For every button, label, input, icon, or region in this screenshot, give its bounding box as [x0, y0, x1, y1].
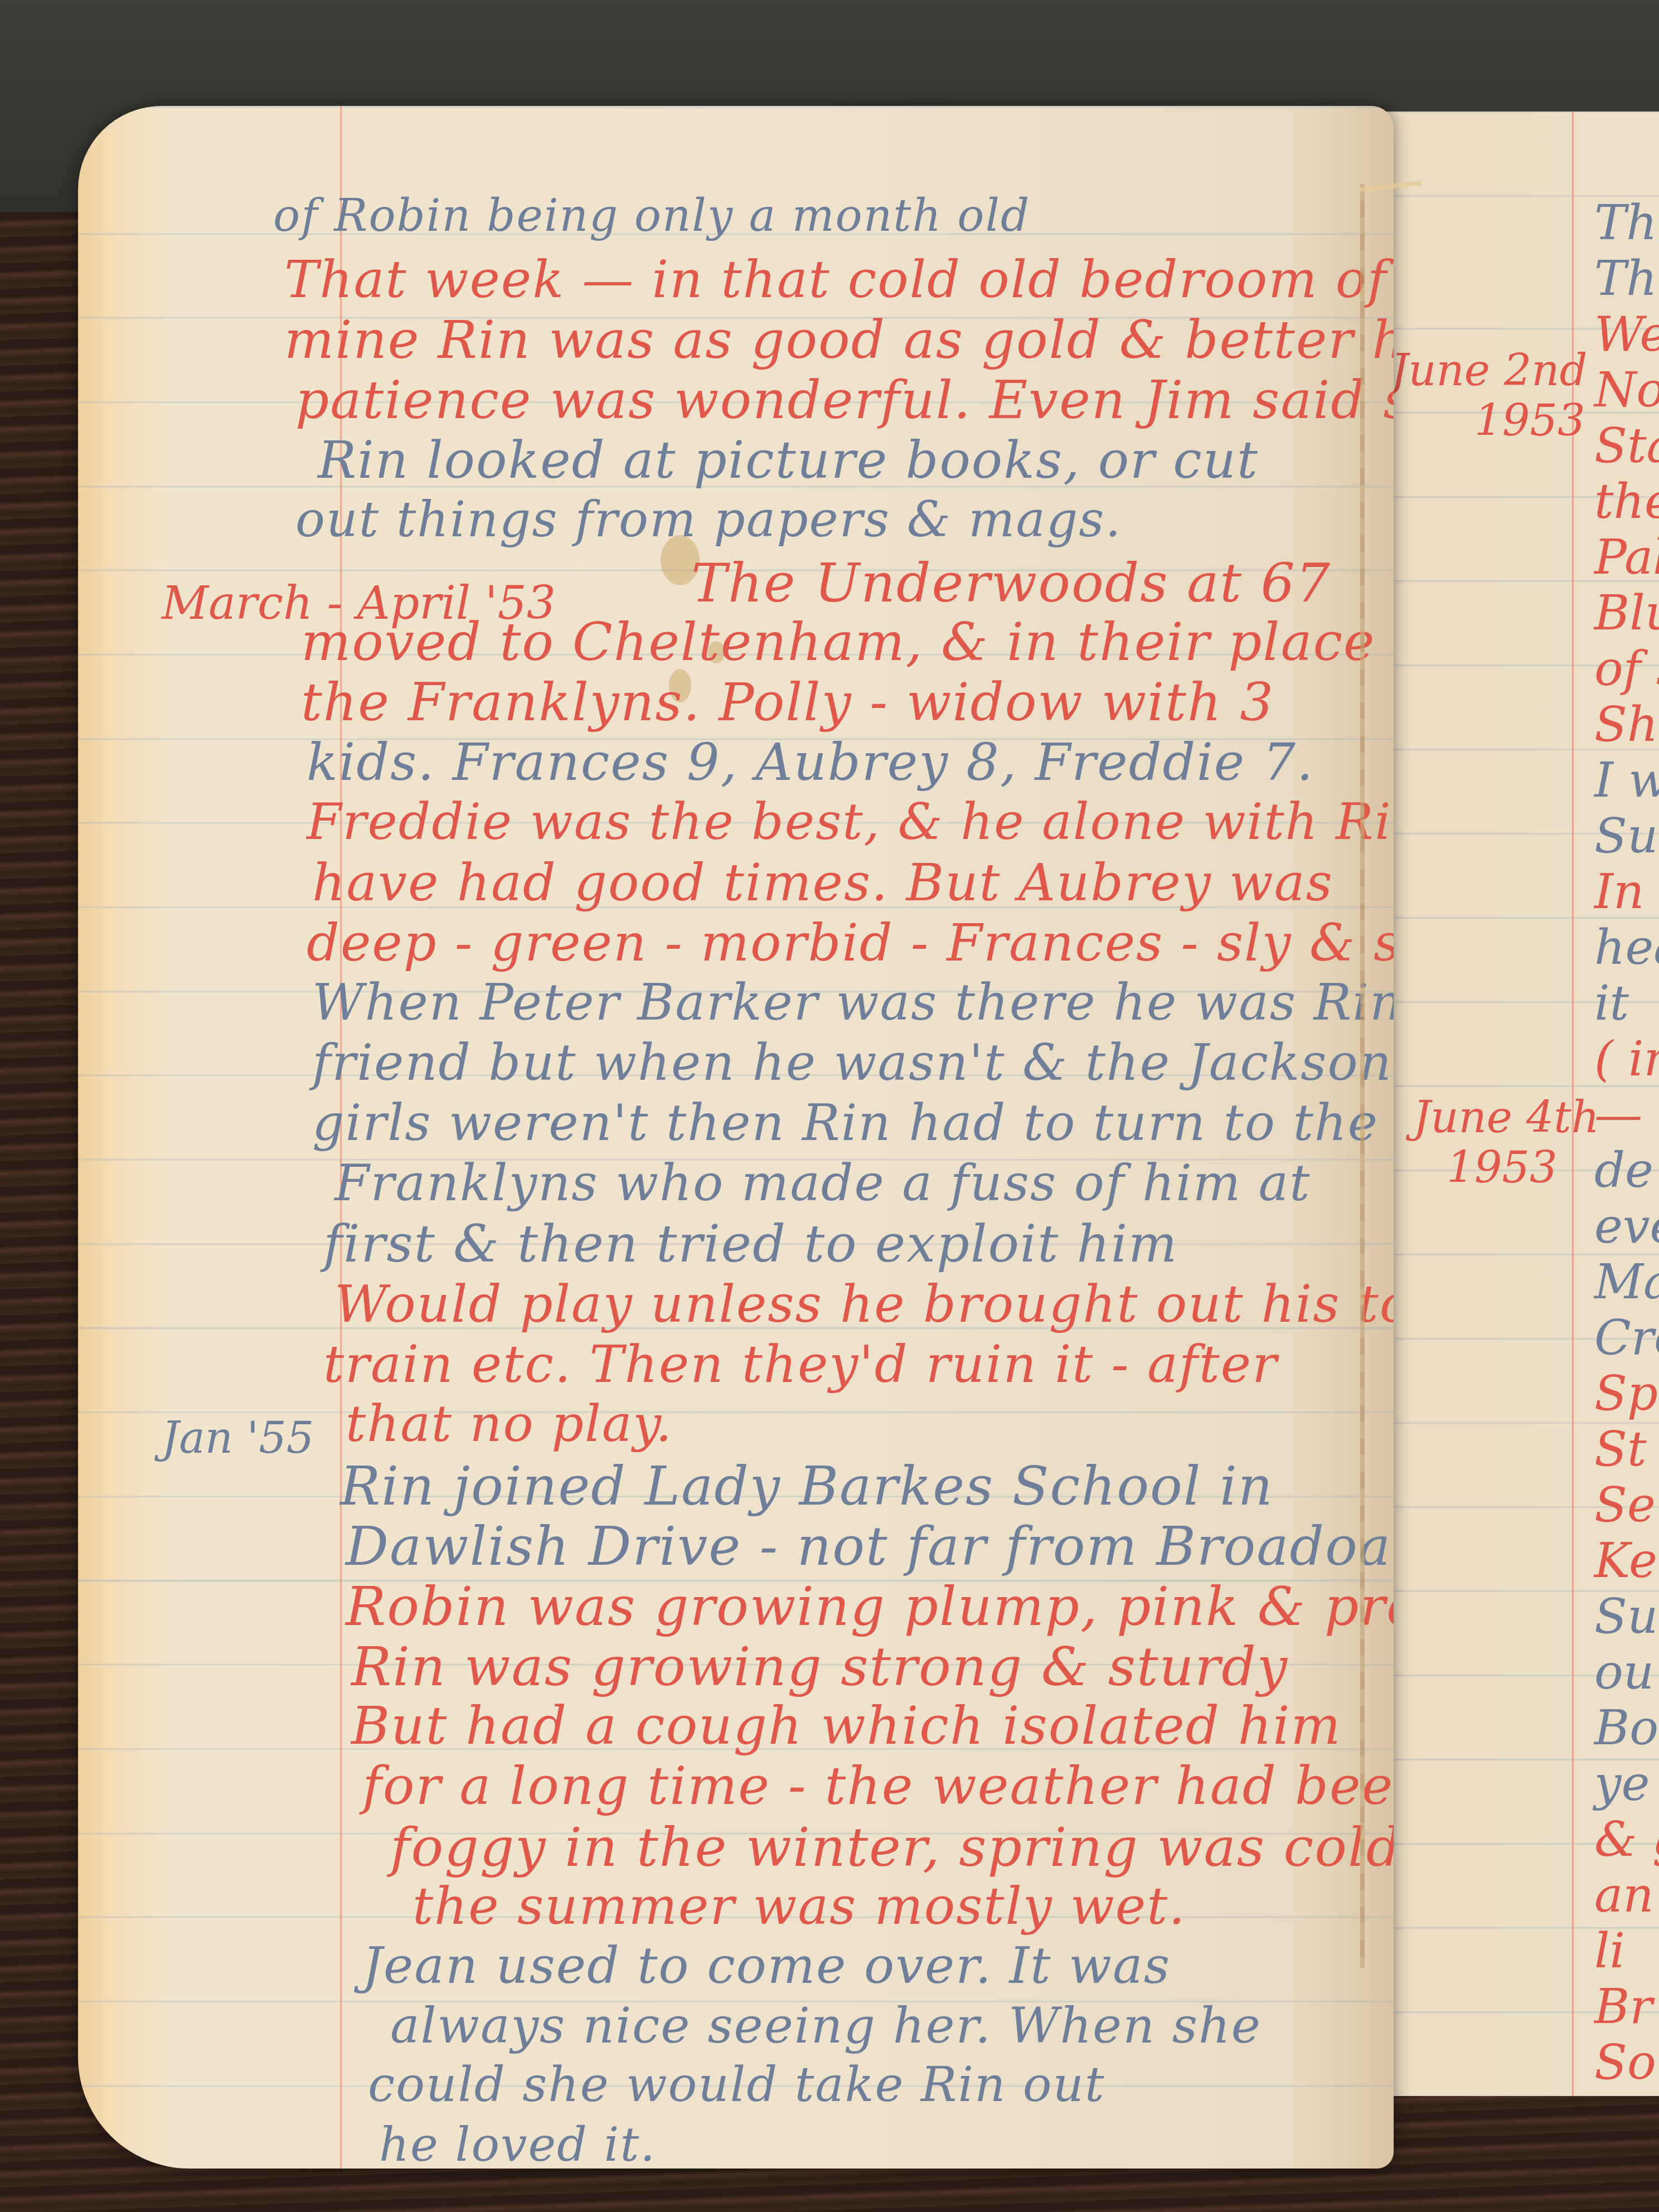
- handwritten-fragment: de: [1594, 1143, 1653, 1199]
- handwritten-fragment: I wa: [1594, 753, 1659, 808]
- handwritten-fragment: Ken: [1594, 1533, 1659, 1589]
- margin-date-year: 1953: [1474, 396, 1585, 446]
- handwritten-fragment: it: [1594, 976, 1629, 1031]
- handwritten-line: The Underwoods at 67: [691, 552, 1331, 614]
- handwritten-fragment: Blu: [1594, 585, 1659, 641]
- handwritten-line: Freddie was the best, & he alone with Ri…: [307, 793, 1394, 851]
- handwritten-line: kids. Frances 9, Aubrey 8, Freddie 7.: [307, 733, 1314, 792]
- handwritten-fragment: Pal: [1594, 530, 1659, 585]
- handwritten-line: train etc. Then they'd ruin it - after: [323, 1335, 1278, 1394]
- handwritten-fragment: the: [1594, 474, 1659, 530]
- left-page: March - April '53 Jan '55 of Robin being…: [78, 106, 1394, 2169]
- handwritten-fragment: Bo: [1594, 1700, 1658, 1756]
- handwritten-fragment: We: [1594, 307, 1659, 362]
- handwritten-line: deep - green - morbid - Frances - sly & …: [307, 913, 1394, 973]
- handwritten-fragment: ye: [1594, 1756, 1650, 1812]
- handwritten-line: girls weren't then Rin had to turn to th…: [312, 1094, 1379, 1152]
- handwritten-line: for a long time - the weather had been: [362, 1756, 1394, 1817]
- handwritten-fragment: In th: [1594, 864, 1659, 920]
- handwritten-line: Dawlish Drive - not far from Broadoak Cr…: [346, 1515, 1394, 1578]
- handwritten-line: patience was wonderful. Even Jim said so…: [295, 370, 1394, 431]
- handwritten-fragment: Cre: [1594, 1310, 1659, 1366]
- margin-date-jan-55: Jan '55: [162, 1413, 314, 1463]
- handwritten-line: moved to Cheltenham, & in their place ca…: [301, 612, 1394, 673]
- handwritten-line: have had good times. But Aubrey was: [312, 853, 1333, 913]
- handwritten-line: That week — in that cold old bedroom of: [284, 250, 1388, 309]
- handwritten-fragment: ever: [1594, 1199, 1659, 1254]
- handwritten-line: Rin joined Lady Barkes School in: [340, 1455, 1274, 1517]
- right-page: TheTheWeNoStathePalBluof sSheI waSubIn t…: [1360, 111, 1659, 2096]
- handwritten-line: But had a cough which isolated him: [351, 1696, 1342, 1757]
- handwritten-line: of Robin being only a month old: [273, 190, 1030, 241]
- handwritten-fragment: St: [1594, 1422, 1646, 1477]
- handwritten-fragment: The: [1594, 195, 1659, 251]
- handwritten-fragment: —: [1594, 1087, 1642, 1143]
- handwritten-line: Franklyns who made a fuss of him at: [334, 1154, 1311, 1212]
- handwritten-line: mine Rin was as good as gold & better hi…: [284, 310, 1394, 371]
- margin-date-text: June 4th: [1413, 1093, 1599, 1143]
- margin-date-text: June 2nd: [1391, 346, 1588, 396]
- margin-date-june-4: June 4th 1953: [1413, 1093, 1599, 1193]
- margin-date-june-2: June 2nd 1953: [1391, 346, 1588, 446]
- handwritten-line: out things from papers & mags.: [295, 491, 1122, 548]
- handwritten-fragment: Mal: [1594, 1254, 1659, 1310]
- handwritten-fragment: No: [1594, 362, 1659, 418]
- handwritten-fragment: Ser: [1594, 1477, 1659, 1533]
- handwritten-fragment: Sub: [1594, 808, 1659, 864]
- handwritten-line: could she would take Rin out: [368, 2057, 1105, 2113]
- handwritten-fragment: Sta: [1594, 418, 1659, 474]
- handwritten-fragment: an: [1594, 1867, 1654, 1923]
- handwritten-line: Rin looked at picture books, or cut: [318, 430, 1259, 490]
- handwritten-fragment: ou: [1594, 1645, 1654, 1700]
- margin-date-text: Jan '55: [162, 1413, 314, 1463]
- handwritten-fragment: & g: [1594, 1812, 1659, 1867]
- handwritten-fragment: Su: [1594, 1589, 1658, 1645]
- handwritten-line: Would play unless he brought out his toy: [334, 1274, 1394, 1334]
- handwritten-fragment: of s: [1594, 641, 1659, 697]
- handwritten-fragment: The: [1594, 251, 1659, 307]
- handwritten-fragment: Spe: [1594, 1366, 1659, 1422]
- handwritten-fragment: heav: [1594, 920, 1659, 976]
- handwritten-line: Jean used to come over. It was: [362, 1937, 1171, 1995]
- handwritten-line: he loved it.: [379, 2117, 656, 2169]
- handwritten-fragment: li: [1594, 1923, 1625, 1979]
- handwritten-line: friend but when he wasn't & the Jackson: [312, 1034, 1393, 1092]
- handwritten-line: Rin was growing strong & sturdy: [351, 1636, 1288, 1698]
- handwritten-line: the summer was mostly wet.: [413, 1876, 1186, 1936]
- handwritten-line: first & then tried to exploit him: [323, 1214, 1178, 1274]
- handwritten-line: foggy in the winter, spring was cold,: [390, 1816, 1394, 1879]
- margin-date-year: 1953: [1447, 1143, 1558, 1193]
- handwritten-fragment: So: [1594, 2035, 1656, 2090]
- handwritten-line: that no play.: [346, 1395, 673, 1453]
- handwritten-fragment: She: [1594, 697, 1659, 753]
- binding-stitch: [1360, 184, 1365, 1968]
- handwritten-line: Robin was growing plump, pink & pretty.: [346, 1575, 1394, 1638]
- handwritten-line: the Franklyns. Polly - widow with 3: [301, 672, 1274, 733]
- handwritten-line: When Peter Barker was there he was Rin's: [312, 973, 1394, 1032]
- handwritten-line: always nice seeing her. When she: [390, 1997, 1262, 2054]
- handwritten-fragment: Br: [1594, 1979, 1652, 2035]
- handwritten-fragment: ( in: [1594, 1031, 1659, 1087]
